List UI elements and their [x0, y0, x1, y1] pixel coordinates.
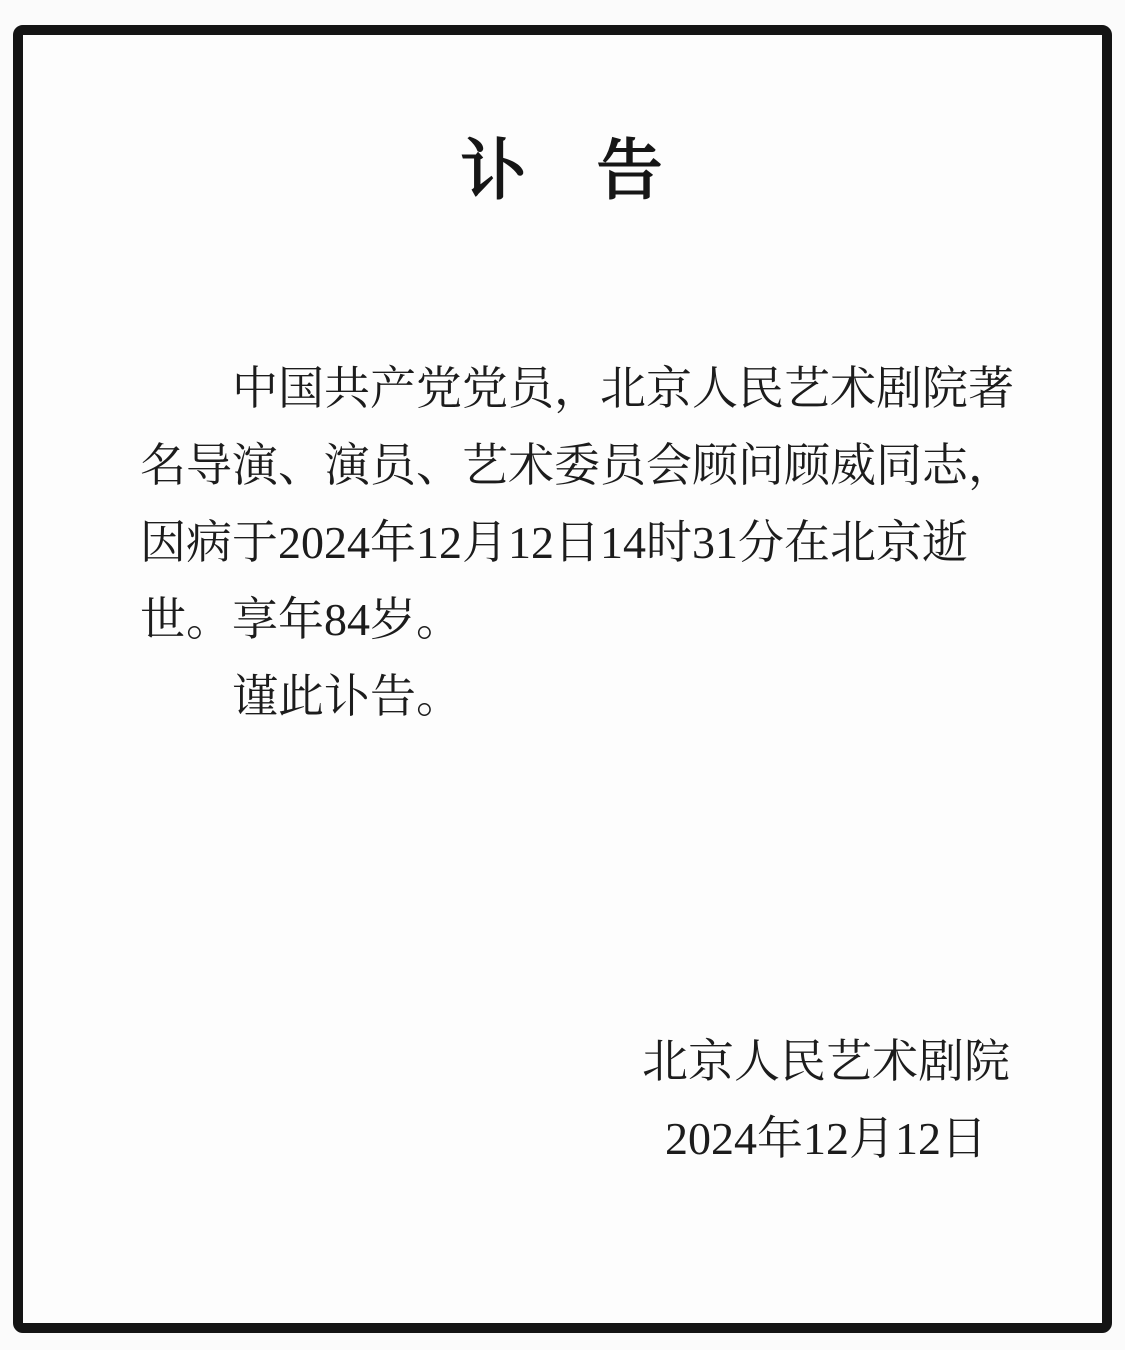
body-line-4: 世。享年84岁。 [140, 581, 1042, 658]
notice-border-frame: 讣 告 中国共产党党员，北京人民艺术剧院著 名导演、演员、艺术委员会顾问顾威同志… [13, 25, 1112, 1333]
signature-block: 北京人民艺术剧院 2024年12月12日 [23, 1023, 1102, 1177]
signature-date: 2024年12月12日 [642, 1100, 1010, 1177]
notice-title: 讣 告 [23, 137, 1102, 203]
body-line-2: 名导演、演员、艺术委员会顾问顾威同志， [140, 427, 1042, 504]
signature-org: 北京人民艺术剧院 [642, 1023, 1010, 1100]
signature-inner: 北京人民艺术剧院 2024年12月12日 [642, 1023, 1010, 1177]
notice-body: 中国共产党党员，北京人民艺术剧院著 名导演、演员、艺术委员会顾问顾威同志， 因病… [23, 350, 1102, 735]
body-line-1: 中国共产党党员，北京人民艺术剧院著 [140, 350, 1042, 427]
body-line-5: 谨此讣告。 [140, 658, 1042, 735]
notice-document: 讣 告 中国共产党党员，北京人民艺术剧院著 名导演、演员、艺术委员会顾问顾威同志… [0, 0, 1125, 1350]
body-line-3: 因病于2024年12月12日14时31分在北京逝 [140, 504, 1042, 581]
